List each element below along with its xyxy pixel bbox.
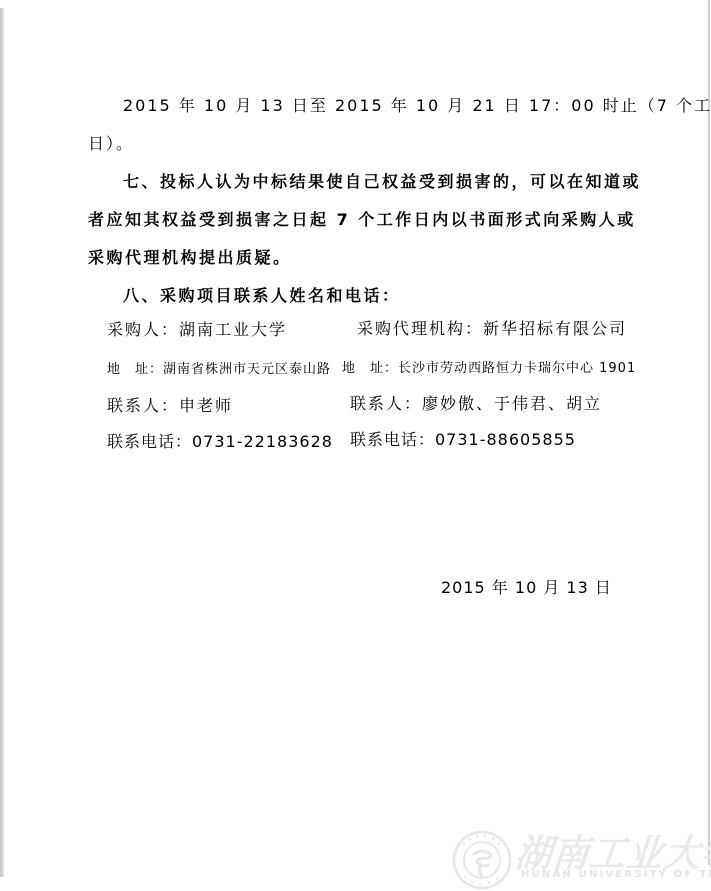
agency-phone: 联系电话：0731-88605855 <box>350 430 576 450</box>
university-watermark: 湖南工业大学 HUNAN UNIVERSITY OF TECHNOLOGY <box>440 818 711 891</box>
purchaser-contact-person: 联系人：申老师 <box>107 396 233 416</box>
objection-line-2: 者应知其权益受到损害之日起 7 个工作日内以书面形式向采购人或 <box>88 210 636 230</box>
agency-contact-person: 联系人：廖妙傲、于伟君、胡立 <box>350 394 602 414</box>
page-left-edge <box>0 8 4 877</box>
agency-address: 地 址：长沙市劳动西路恒力卡瑞尔中心 1901 <box>342 359 636 379</box>
document-page: 2015 年 10 月 13 日至 2015 年 10 月 21 日 17：00… <box>0 0 711 891</box>
objection-line-3: 采购代理机构提出质疑。 <box>88 248 292 268</box>
objection-line-1: 七、投标人认为中标结果使自己权益受到损害的，可以在知道或 <box>123 172 641 192</box>
watermark-en-name: HUNAN UNIVERSITY OF TECHNOLOGY <box>521 869 711 880</box>
purchaser-org: 采购人：湖南工业大学 <box>107 320 287 340</box>
deadline-line-2: 日）。 <box>88 134 134 154</box>
page-right-edge <box>708 0 710 865</box>
agency-org: 采购代理机构：新华招标有限公司 <box>357 319 627 339</box>
purchaser-phone: 联系电话：0731-22183628 <box>107 432 333 452</box>
university-seal-icon <box>452 828 512 891</box>
sign-date: 2015 年 10 月 13 日 <box>441 578 612 598</box>
section-8-heading: 八、采购项目联系人姓名和电话： <box>123 286 401 306</box>
deadline-line-1: 2015 年 10 月 13 日至 2015 年 10 月 21 日 17：00… <box>123 96 711 116</box>
purchaser-address: 地 址：湖南省株洲市天元区泰山路 <box>107 360 331 380</box>
